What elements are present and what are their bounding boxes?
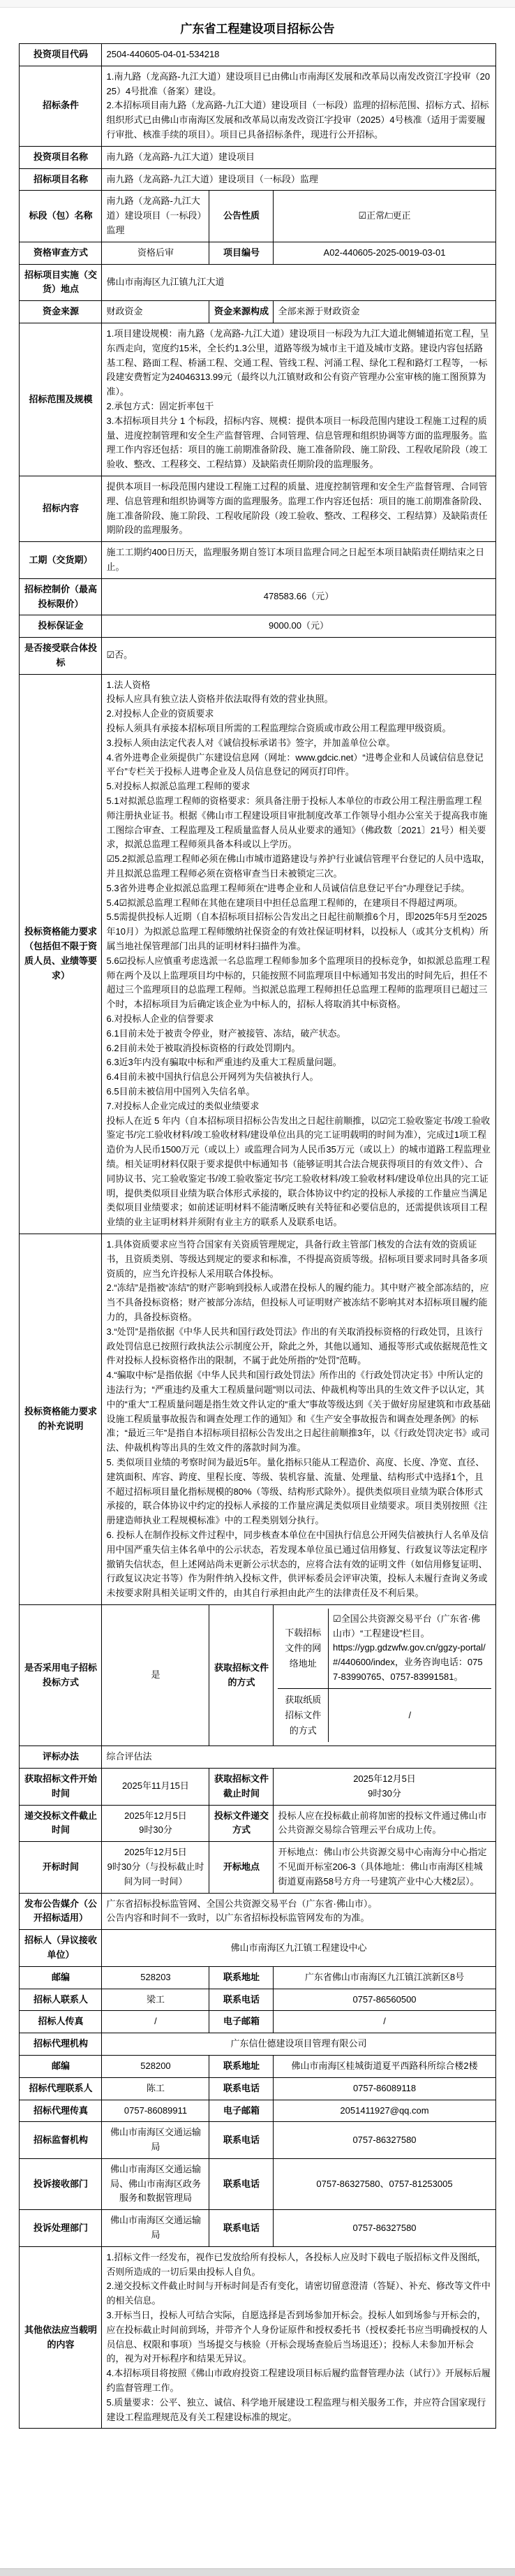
row-tender-name: 招标项目名称 南九路（龙高路-九江大道）建设项目（一标段）监理 bbox=[20, 168, 495, 191]
field-label: 资金来源 bbox=[20, 301, 102, 323]
field-value: 2051411927@qq.com bbox=[274, 2100, 495, 2122]
field-label: 招标人（异议接收单位） bbox=[20, 1930, 102, 1967]
row-opening: 开标时间 2025年12月5日 9时30分（与投标截止时间为同一时间） 开标地点… bbox=[20, 1842, 495, 1893]
subrow-download-url: 下载招标文件的网络地址 ☑全国公共资源交易平台（广东省·佛山市）“工程建设”栏目… bbox=[278, 1609, 491, 1688]
row-section-name: 标段（包）名称 南九路（龙高路-九江大道）建设项目（一标段）监理 公告性质 ☑正… bbox=[20, 191, 495, 242]
field-label: 下载招标文件的网络地址 bbox=[278, 1609, 328, 1688]
row-qualification: 投标资格能力要求（包括但不限于资质人员、业绩等要求） 1.法人资格 投标人应具有… bbox=[20, 674, 495, 1234]
field-label: 联系电话 bbox=[209, 2210, 274, 2247]
field-value: 2025年12月5日 9时30分 bbox=[274, 1768, 495, 1805]
row-tenderer-contact: 招标人联系人 梁工 联系电话 0757-86560500 bbox=[20, 1989, 495, 2011]
field-value: 梁工 bbox=[102, 1989, 209, 2011]
row-electronic-obtain: 是否采用电子招标投标方式 是 获取招标文件的方式 下载招标文件的网络地址 ☑全国… bbox=[20, 1604, 495, 1746]
field-value: 2025年12月5日 9时30分（与投标截止时间为同一时间） bbox=[102, 1842, 209, 1893]
field-value: 南九路（龙高路-九江大道）建设项目（一标段）监理 bbox=[102, 191, 209, 242]
row-conditions: 招标条件 1.南九路（龙高路-九江大道）建设项目已由佛山市南海区发展和改革局以南… bbox=[20, 66, 495, 146]
field-value: 1.法人资格 投标人应具有独立法人资格并依法取得有效的营业执照。 2.对投标人企… bbox=[102, 674, 495, 1234]
field-value: 0757-86327580 bbox=[274, 2122, 495, 2159]
row-other: 其他依法应当载明的内容 1.招标文件一经发布，视作已发放给所有投标人，各投标人应… bbox=[20, 2246, 495, 2429]
row-location: 招标项目实施（交货）地点 佛山市南海区九江镇九江大道 bbox=[20, 264, 495, 301]
row-control-price: 招标控制价（最高投标限价） 478583.66（元） bbox=[20, 578, 495, 615]
field-label: 工期（交货期） bbox=[20, 542, 102, 579]
field-label: 投诉接收部门 bbox=[20, 2158, 102, 2209]
field-label: 联系地址 bbox=[209, 2055, 274, 2077]
field-label: 投资项目代码 bbox=[20, 44, 102, 66]
row-obtain-times: 获取招标文件开始时间 2025年11月15日 获取招标文件截止时间 2025年1… bbox=[20, 1768, 495, 1805]
field-label: 投标文件递交方式 bbox=[209, 1805, 274, 1842]
row-media: 发布公告媒介（公开招标适用） 广东省招标投标监管网、全国公共资源交易平台（广东省… bbox=[20, 1893, 495, 1930]
field-value: 9000.00（元） bbox=[102, 615, 495, 638]
field-label: 标段（包）名称 bbox=[20, 191, 102, 242]
field-value: 佛山市南海区九江镇九江大道 bbox=[102, 264, 495, 301]
field-value: 478583.66（元） bbox=[102, 578, 495, 615]
field-value: 是 bbox=[102, 1604, 209, 1746]
field-value: / bbox=[328, 1688, 491, 1742]
row-qualification-supplement: 投标资格能力要求的补充说明 1.具体资质要求应当符合国家有关资质管理规定，具备行… bbox=[20, 1234, 495, 1604]
field-value: 广东省佛山市南海区九江镇江滨新区8号 bbox=[274, 1966, 495, 1989]
field-value: 开标地点：佛山市公共资源交易中心南海分中心指定不见面开标室206-3（具体地址：… bbox=[274, 1842, 495, 1893]
field-label: 是否接受联合体投标 bbox=[20, 638, 102, 675]
field-value: 广东信仕德建设项目管理有限公司 bbox=[102, 2033, 495, 2056]
field-label: 公告性质 bbox=[209, 191, 274, 242]
announcement-page: 广东省工程建设项目招标公告 投资项目代码 2504-440605-04-01-5… bbox=[0, 0, 515, 2576]
field-value: 陈工 bbox=[102, 2077, 209, 2100]
field-label: 投资项目名称 bbox=[20, 146, 102, 168]
row-complaint-receive: 投诉接收部门 佛山市南海区交通运输局、佛山市南海区政务服务和数据管理局 联系电话… bbox=[20, 2158, 495, 2209]
field-label: 资格审查方式 bbox=[20, 242, 102, 264]
field-value: 0757-86327580 bbox=[274, 2210, 495, 2247]
field-value: 佛山市南海区交通运输局 bbox=[102, 2122, 209, 2159]
bottom-strip bbox=[0, 2568, 515, 2576]
row-joint-bid: 是否接受联合体投标 ☑否。 bbox=[20, 638, 495, 675]
subrow-paper-method: 获取纸质招标文件的方式 / bbox=[278, 1688, 491, 1742]
row-invest-name: 投资项目名称 南九路（龙高路-九江大道）建设项目 bbox=[20, 146, 495, 168]
field-label: 联系电话 bbox=[209, 2122, 274, 2159]
row-complaint-handle: 投诉处理部门 佛山市南海区交通运输局 联系电话 0757-86327580 bbox=[20, 2210, 495, 2247]
field-value: 南九路（龙高路-九江大道）建设项目（一标段）监理 bbox=[102, 168, 495, 191]
field-value: 0757-86560500 bbox=[274, 1989, 495, 2011]
field-label: 招标代理传真 bbox=[20, 2100, 102, 2122]
field-label: 招标项目实施（交货）地点 bbox=[20, 264, 102, 301]
row-qualification-review: 资格审查方式 资格后审 项目编号 A02-440605-2025-0019-03… bbox=[20, 242, 495, 264]
field-label: 招标条件 bbox=[20, 66, 102, 146]
row-tenderer: 招标人（异议接收单位） 佛山市南海区九江镇工程建设中心 bbox=[20, 1930, 495, 1967]
field-label: 投标保证金 bbox=[20, 615, 102, 638]
field-label: 获取招标文件的方式 bbox=[209, 1604, 274, 1746]
row-fund-source: 资金来源 财政资金 资金来源构成 全部来源于财政资金 bbox=[20, 301, 495, 323]
field-value: 2025年12月5日 9时30分 bbox=[102, 1805, 209, 1842]
field-label: 投标资格能力要求的补充说明 bbox=[20, 1234, 102, 1604]
field-label: 是否采用电子招标投标方式 bbox=[20, 1604, 102, 1746]
download-url-text: ☑全国公共资源交易平台（广东省·佛山市）“工程建设”栏目。 https://yg… bbox=[328, 1609, 491, 1688]
field-label: 开标地点 bbox=[209, 1842, 274, 1893]
field-label: 电子邮箱 bbox=[209, 2100, 274, 2122]
obtain-method-subtable: 下载招标文件的网络地址 ☑全国公共资源交易平台（广东省·佛山市）“工程建设”栏目… bbox=[278, 1609, 491, 1742]
field-label: 获取招标文件截止时间 bbox=[209, 1768, 274, 1805]
field-label: 联系电话 bbox=[209, 1989, 274, 2011]
field-value: 1.具体资质要求应当符合国家有关资质管理规定，具备行政主管部门核发的合法有效的资… bbox=[102, 1234, 495, 1604]
field-value: 资格后审 bbox=[102, 242, 209, 264]
field-value: 0757-86089911 bbox=[102, 2100, 209, 2122]
field-label: 邮编 bbox=[20, 2055, 102, 2077]
field-label: 其他依法应当载明的内容 bbox=[20, 2246, 102, 2429]
row-supervisor: 招标监督机构 佛山市南海区交通运输局 联系电话 0757-86327580 bbox=[20, 2122, 495, 2159]
page-title: 广东省工程建设项目招标公告 bbox=[0, 19, 515, 36]
row-bid-bond: 投标保证金 9000.00（元） bbox=[20, 615, 495, 638]
field-value: 0757-86089118 bbox=[274, 2077, 495, 2100]
field-label: 招标内容 bbox=[20, 476, 102, 541]
field-value: 财政资金 bbox=[102, 301, 209, 323]
field-label: 开标时间 bbox=[20, 1842, 102, 1893]
row-submit: 递交投标文件截止时间 2025年12月5日 9时30分 投标文件递交方式 投标人… bbox=[20, 1805, 495, 1842]
field-label: 评标办法 bbox=[20, 1746, 102, 1769]
field-label: 发布公告媒介（公开招标适用） bbox=[20, 1893, 102, 1930]
row-project-code: 投资项目代码 2504-440605-04-01-534218 bbox=[20, 44, 495, 66]
field-value: 提供本项目一标段范围内建设工程施工过程的质量、进度控制管理和安全生产监督管理、合… bbox=[102, 476, 495, 541]
field-value: 2504-440605-04-01-534218 bbox=[102, 44, 495, 66]
field-value: 佛山市南海区交通运输局、佛山市南海区政务服务和数据管理局 bbox=[102, 2158, 209, 2209]
field-value: 综合评估法 bbox=[102, 1746, 495, 1769]
row-tenderer-fax-email: 招标人传真 / 电子邮箱 / bbox=[20, 2011, 495, 2033]
field-label: 招标人联系人 bbox=[20, 1989, 102, 2011]
field-label: 投诉处理部门 bbox=[20, 2210, 102, 2247]
row-evaluation: 评标办法 综合评估法 bbox=[20, 1746, 495, 1769]
field-value: 广东省招标投标监管网、全国公共资源交易平台（广东省·佛山市）。 公告内容和时间不… bbox=[102, 1893, 495, 1930]
field-value: A02-440605-2025-0019-03-01 bbox=[274, 242, 495, 264]
field-value: 1.南九路（龙高路-九江大道）建设项目已由佛山市南海区发展和改革局以南发改资江字… bbox=[102, 66, 495, 146]
field-label: 投标资格能力要求（包括但不限于资质人员、业绩等要求） bbox=[20, 674, 102, 1234]
field-label: 联系地址 bbox=[209, 1966, 274, 1989]
field-label: 递交投标文件截止时间 bbox=[20, 1805, 102, 1842]
row-duration: 工期（交货期） 施工工期约400日历天，监理服务期自签订本项目监理合同之日起至本… bbox=[20, 542, 495, 579]
field-value: 投标人应在投标截止前将加密的投标文件通过佛山市公共资源交易综合管理云平台成功上传… bbox=[274, 1805, 495, 1842]
field-label: 招标控制价（最高投标限价） bbox=[20, 578, 102, 615]
field-value: 全部来源于财政资金 bbox=[274, 301, 495, 323]
field-value: 佛山市南海区交通运输局 bbox=[102, 2210, 209, 2247]
field-label: 资金来源构成 bbox=[209, 301, 274, 323]
field-label: 招标代理机构 bbox=[20, 2033, 102, 2056]
field-value: 528203 bbox=[102, 1966, 209, 1989]
field-value: 南九路（龙高路-九江大道）建设项目 bbox=[102, 146, 495, 168]
row-agency: 招标代理机构 广东信仕德建设项目管理有限公司 bbox=[20, 2033, 495, 2056]
field-label: 项目编号 bbox=[209, 242, 274, 264]
field-label: 电子邮箱 bbox=[209, 2011, 274, 2033]
field-value: 1.项目建设规模：南九路（龙高路-九江大道）建设项目一标段为九江大道北侧辅道拓宽… bbox=[102, 323, 495, 476]
field-value: 佛山市南海区桂城街道夏平西路科所综合楼2楼 bbox=[274, 2055, 495, 2077]
field-value: 528200 bbox=[102, 2055, 209, 2077]
field-label: 获取招标文件开始时间 bbox=[20, 1768, 102, 1805]
field-label: 邮编 bbox=[20, 1966, 102, 1989]
field-value: 佛山市南海区九江镇工程建设中心 bbox=[102, 1930, 495, 1967]
row-agency-fax-email: 招标代理传真 0757-86089911 电子邮箱 2051411927@qq.… bbox=[20, 2100, 495, 2122]
row-agency-contact: 招标代理联系人 陈工 联系电话 0757-86089118 bbox=[20, 2077, 495, 2100]
row-content: 招标内容 提供本项目一标段范围内建设工程施工过程的质量、进度控制管理和安全生产监… bbox=[20, 476, 495, 541]
top-strip bbox=[0, 0, 515, 8]
field-value: 0757-86327580、0757-81253005 bbox=[274, 2158, 495, 2209]
joint-bid-checkbox: ☑否。 bbox=[102, 638, 495, 675]
field-label: 招标范围及规模 bbox=[20, 323, 102, 476]
field-value: / bbox=[274, 2011, 495, 2033]
field-label: 招标代理联系人 bbox=[20, 2077, 102, 2100]
field-label: 招标项目名称 bbox=[20, 168, 102, 191]
row-scope: 招标范围及规模 1.项目建设规模：南九路（龙高路-九江大道）建设项目一标段为九江… bbox=[20, 323, 495, 476]
field-label: 联系电话 bbox=[209, 2077, 274, 2100]
field-label: 获取纸质招标文件的方式 bbox=[278, 1688, 328, 1742]
field-label: 招标人传真 bbox=[20, 2011, 102, 2033]
field-value: / bbox=[102, 2011, 209, 2033]
notice-nature-checkbox: ☑正常/□更正 bbox=[274, 191, 495, 242]
field-value: 1.招标文件一经发布，视作已发放给所有投标人，各投标人应及时下载电子版招标文件及… bbox=[102, 2246, 495, 2429]
row-agency-zip-addr: 邮编 528200 联系地址 佛山市南海区桂城街道夏平西路科所综合楼2楼 bbox=[20, 2055, 495, 2077]
field-value: 2025年11月15日 bbox=[102, 1768, 209, 1805]
announcement-table: 投资项目代码 2504-440605-04-01-534218 招标条件 1.南… bbox=[19, 43, 495, 2429]
field-value: 施工工期约400日历天，监理服务期自签订本项目监理合同之日起至本项目缺陷责任期结… bbox=[102, 542, 495, 579]
obtain-method-subtable-cell: 下载招标文件的网络地址 ☑全国公共资源交易平台（广东省·佛山市）“工程建设”栏目… bbox=[274, 1604, 495, 1746]
field-label: 招标监督机构 bbox=[20, 2122, 102, 2159]
field-label: 联系电话 bbox=[209, 2158, 274, 2209]
row-tenderer-zip-addr: 邮编 528203 联系地址 广东省佛山市南海区九江镇江滨新区8号 bbox=[20, 1966, 495, 1989]
